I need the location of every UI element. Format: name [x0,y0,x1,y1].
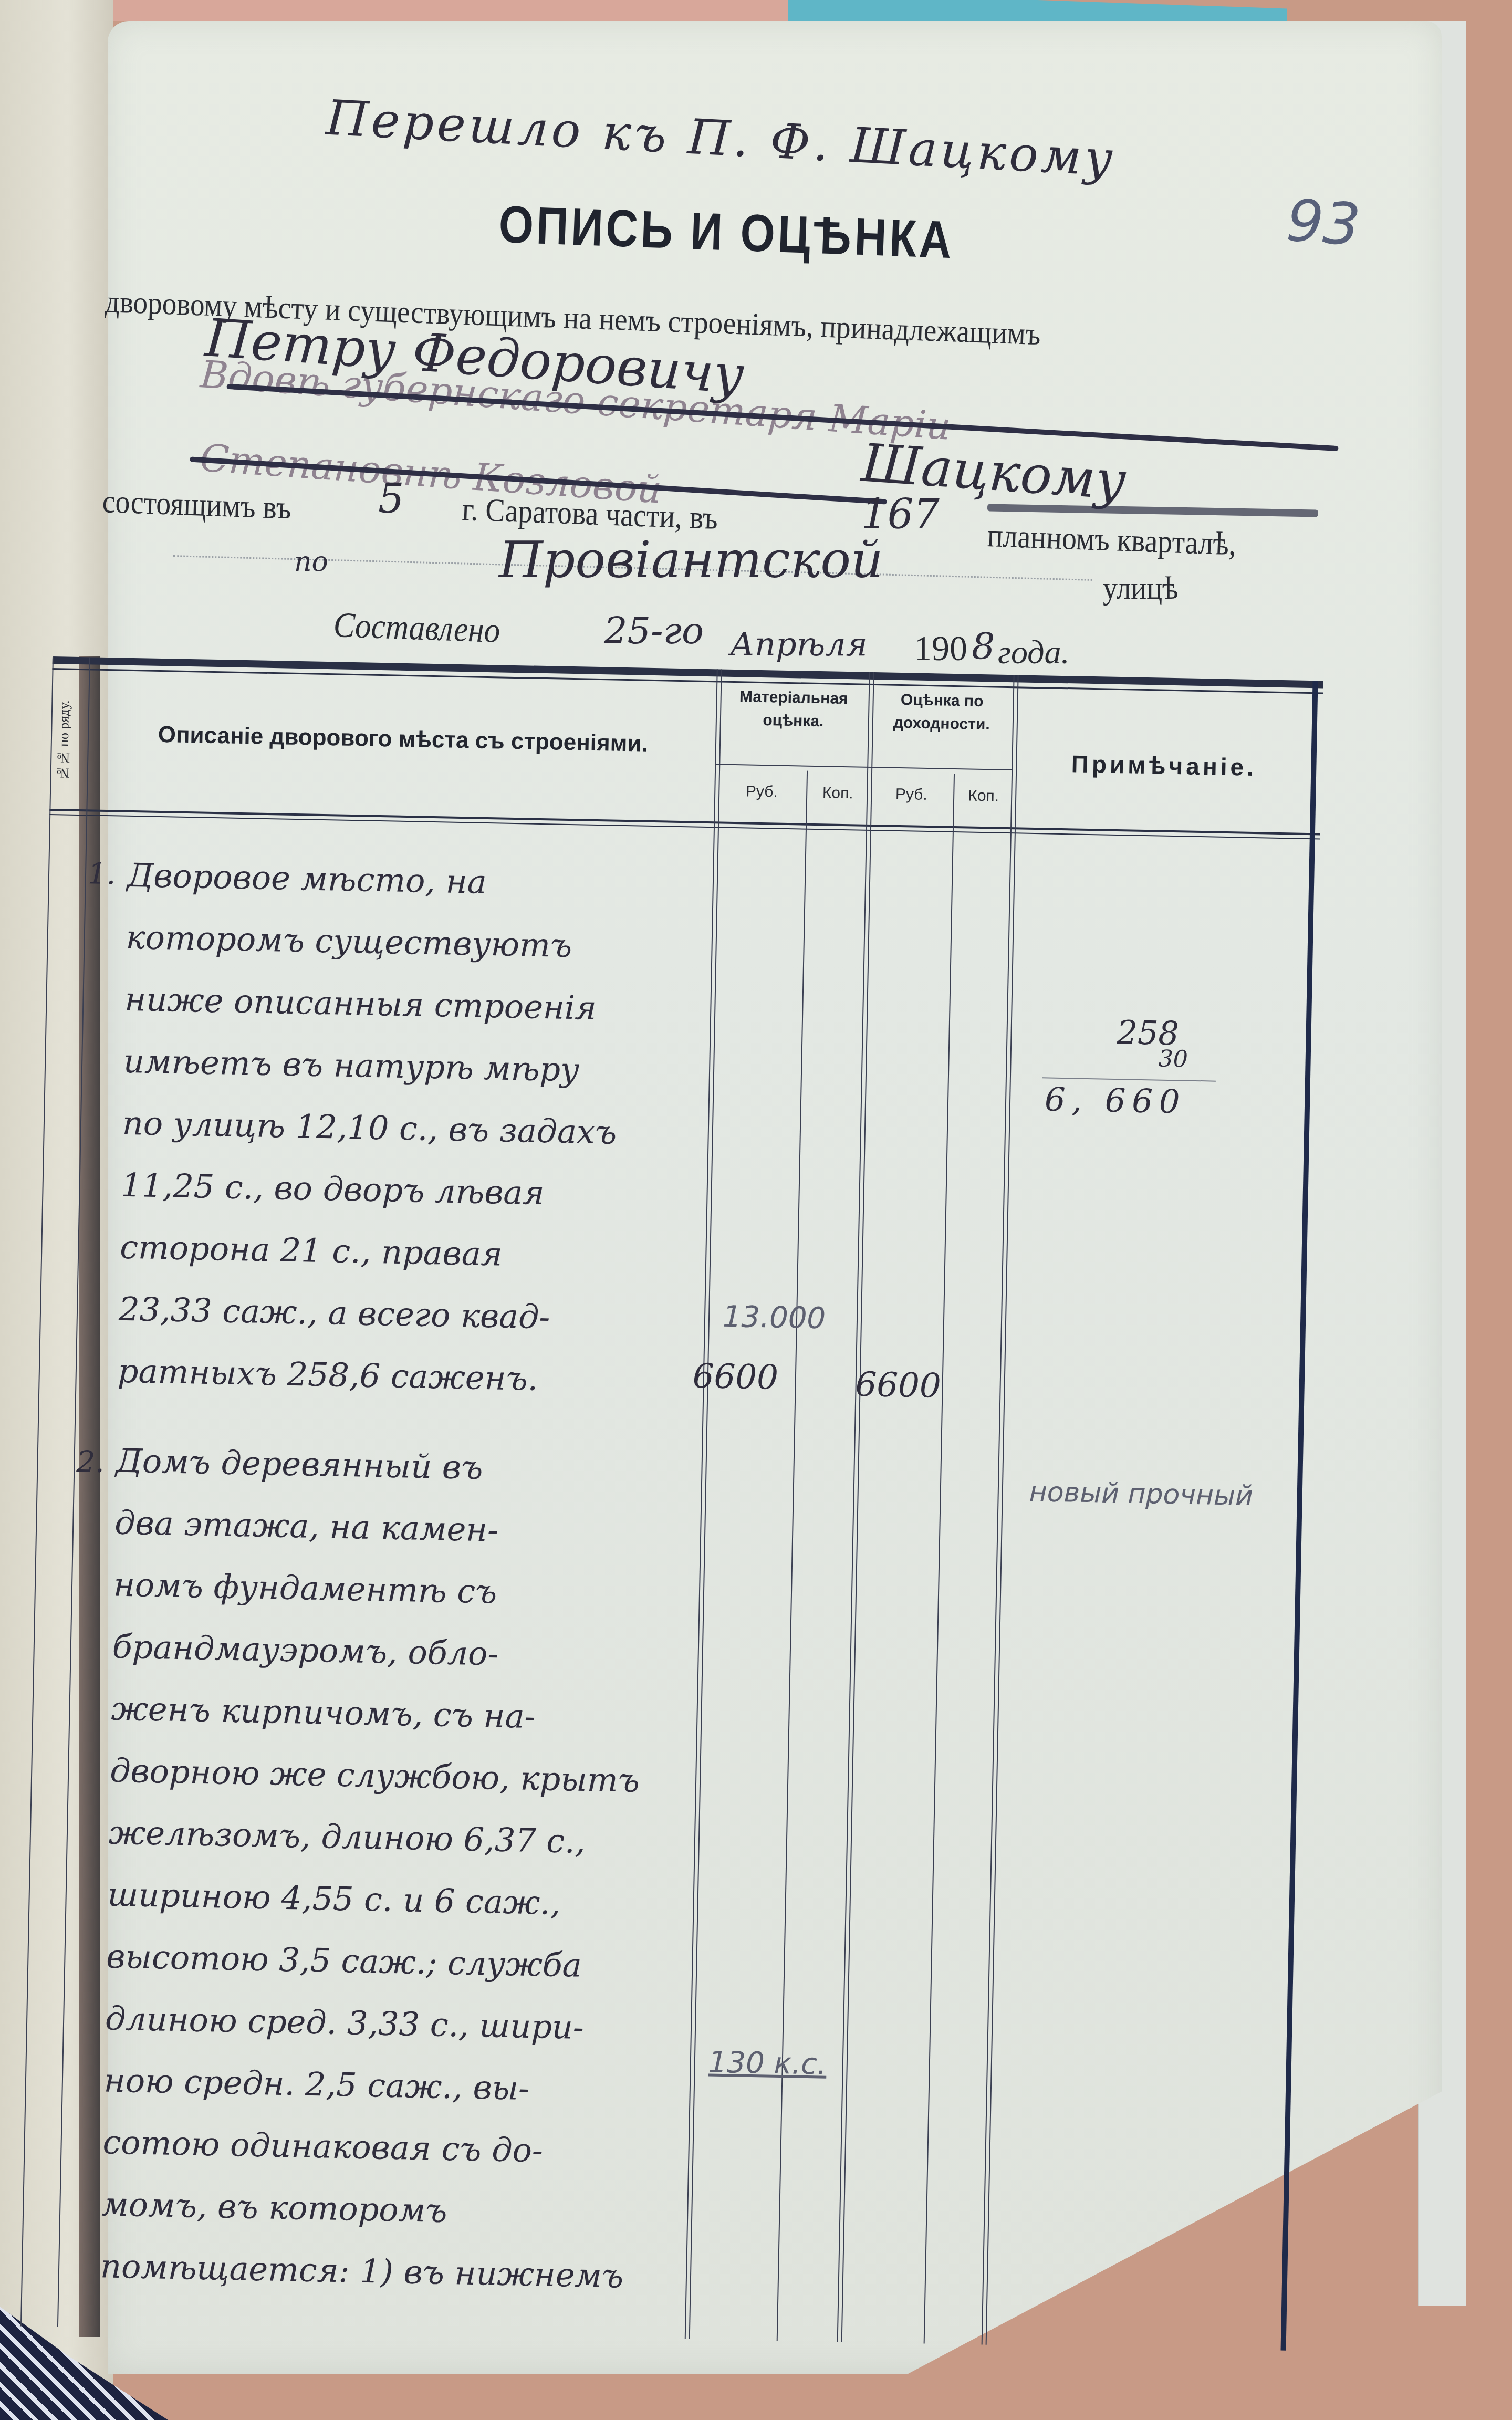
folio-number: 93 [1285,186,1363,258]
header-bottom-rule-thin [49,814,1320,839]
header-description: Описаніе дворового мѣста съ строеніями. [93,721,713,759]
col-border-inc-kop [924,774,955,2343]
header-row-number: №№ по ряду. [55,677,84,804]
street-name: Провіантской [499,530,883,589]
street-label: улицѣ [1103,570,1178,607]
col-border-mat-kop [777,771,808,2341]
header-note: Примѣчаніе. [1019,748,1309,783]
header-income-valuation: Оцѣнка по доходности. [873,688,1010,737]
composed-year-label: года. [998,633,1070,672]
col-border-inc [982,675,1015,2344]
row-1-description: Дворовое мѣсто, на которомъ существуютъ … [117,844,737,1414]
composed-day: 25-го [604,609,704,652]
col-border-num [57,657,90,2327]
row-1-income-rub: 6600 [855,1365,941,1406]
row-1-note-calc-3: 6, 660 [1044,1080,1186,1121]
row-1-material-pencil: 13.000 [722,1300,826,1336]
row-2-description: Домъ деревянный въ два этажа, на камен- … [100,1430,726,2309]
composed-year-suffix: 8 [972,625,995,668]
header-sub-rule [715,764,1012,770]
header-income-rub: Руб. [872,785,951,805]
col-border-mat [837,672,870,2342]
composed-label: Составлено [333,604,501,651]
desk-surface-top [105,0,788,21]
row-1-note-calc-2: 30 [1158,1046,1188,1073]
row-1-material-rub: 6600 [692,1357,778,1397]
header-material-rub: Руб. [719,782,804,801]
city-part-number: 5 [378,475,404,523]
header-bottom-rule [49,809,1320,835]
street-prefix: по [294,546,328,578]
location-label-prefix: состоящимъ въ [102,483,292,527]
row-1-number: 1. [87,857,116,891]
header-income-kop: Коп. [956,787,1012,806]
header-material-valuation: Матеріальная оцѣнка. [721,685,866,734]
header-material-kop: Коп. [809,784,867,803]
composed-month: Апрѣля [730,625,868,663]
row-2-material-pencil: 130 к.с. [708,2045,827,2081]
valuation-table: №№ по ряду. Описаніе дворового мѣста съ … [20,656,1323,2351]
row-2-note: новый прочный [1029,1476,1253,1512]
row-2-number: 2. [76,1445,105,1479]
composed-year-prefix: 190 [914,628,967,669]
